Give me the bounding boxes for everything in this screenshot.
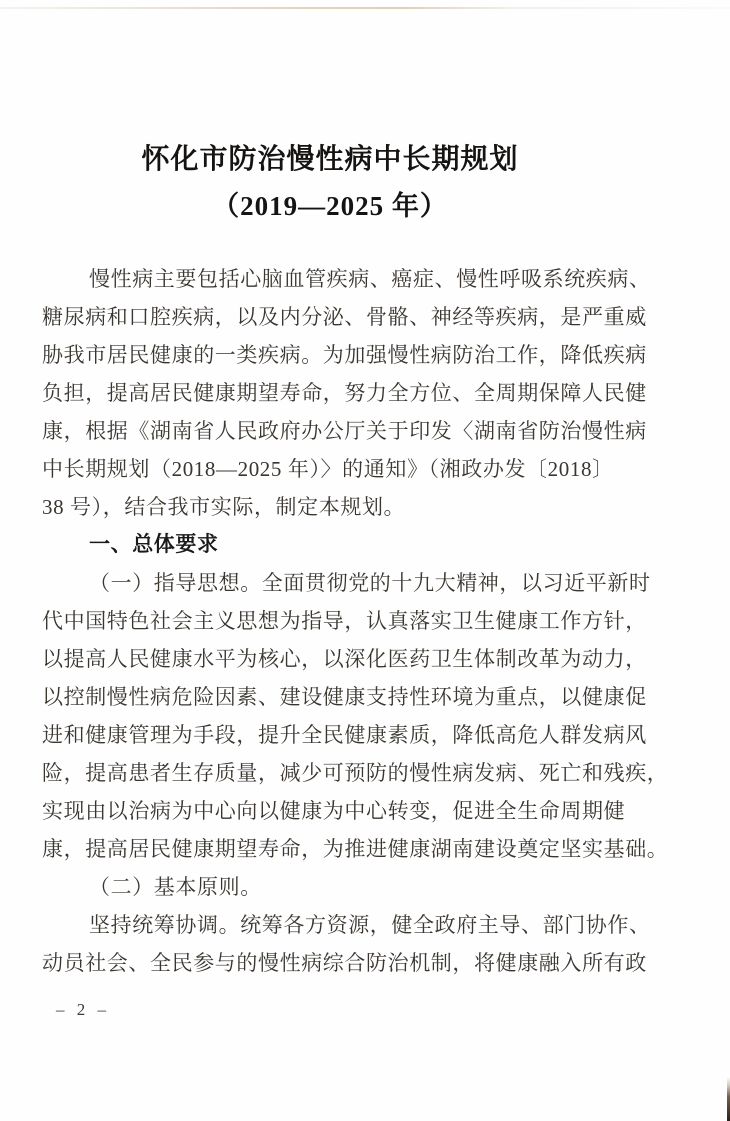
text-line: 进和健康管理为手段，提升全民健康素质，降低高危人群发病风 [42, 716, 700, 754]
text-line: 糖尿病和口腔疾病，以及内分泌、骨骼、神经等疾病，是严重威 [42, 298, 700, 336]
text-line: 康，提高居民健康期望寿命，为推进健康湖南建设奠定坚实基础。 [42, 830, 700, 868]
document-title: 怀化市防治慢性病中长期规划 [30, 136, 630, 183]
scan-artifact-top-edge [0, 7, 730, 9]
text-line: 以提高人民健康水平为核心，以深化医药卫生体制改革为动力， [42, 640, 700, 678]
text-line: 负担，提高居民健康期望寿命，努力全方位、全周期保障人民健 [42, 374, 700, 412]
page-number: – 2 – [56, 1000, 110, 1020]
document-subtitle: （2019—2025 年） [30, 183, 630, 230]
document-body: 慢性病主要包括心脑血管疾病、癌症、慢性呼吸系统疾病、糖尿病和口腔疾病，以及内分泌… [42, 260, 700, 982]
text-line: （一）指导思想。全面贯彻党的十九大精神，以习近平新时 [42, 564, 700, 602]
text-line: 慢性病主要包括心脑血管疾病、癌症、慢性呼吸系统疾病、 [42, 260, 700, 298]
text-line: 38 号），结合我市实际，制定本规划。 [42, 488, 700, 526]
document-page: 怀化市防治慢性病中长期规划 （2019—2025 年） 慢性病主要包括心脑血管疾… [0, 0, 730, 1121]
text-line: 一、总体要求 [42, 526, 700, 564]
text-line: （二）基本原则。 [42, 868, 700, 906]
text-line: 险，提高患者生存质量，减少可预防的慢性病发病、死亡和残疾， [42, 754, 700, 792]
text-line: 中长期规划（2018—2025 年）〉的通知》（湘政办发〔2018〕 [42, 450, 700, 488]
text-line: 以控制慢性病危险因素、建设健康支持性环境为重点，以健康促 [42, 678, 700, 716]
text-line: 代中国特色社会主义思想为指导，认真落实卫生健康工作方针， [42, 602, 700, 640]
document-title-block: 怀化市防治慢性病中长期规划 （2019—2025 年） [30, 136, 630, 230]
text-line: 胁我市居民健康的一类疾病。为加强慢性病防治工作，降低疾病 [42, 336, 700, 374]
text-line: 动员社会、全民参与的慢性病综合防治机制，将健康融入所有政 [42, 944, 700, 982]
text-line: 坚持统筹协调。统筹各方资源，健全政府主导、部门协作、 [42, 906, 700, 944]
text-line: 康，根据《湖南省人民政府办公厅关于印发〈湖南省防治慢性病 [42, 412, 700, 450]
text-line: 实现由以治病为中心向以健康为中心转变，促进全生命周期健 [42, 792, 700, 830]
